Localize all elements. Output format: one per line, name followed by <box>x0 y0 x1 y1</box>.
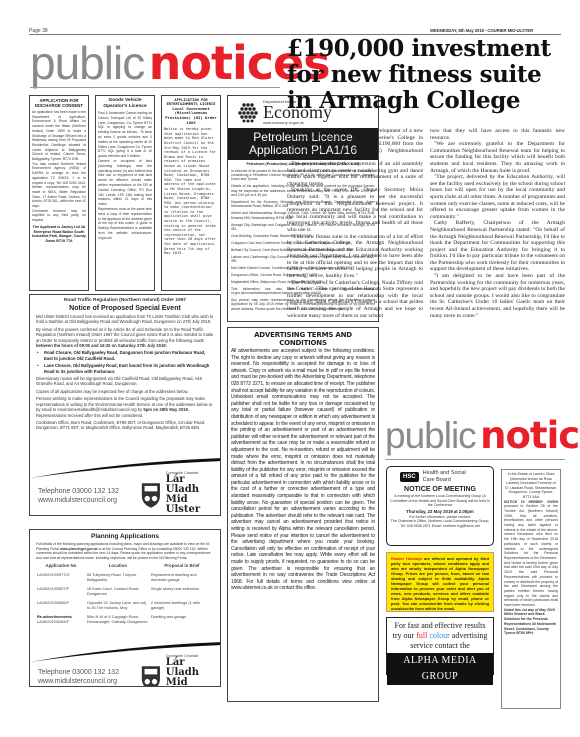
notice-body-2: You may contact Northern Ireland Environ… <box>32 162 86 209</box>
planning-intro: Full details of the following planning a… <box>36 542 214 561</box>
masthead-rule <box>30 87 280 88</box>
publication-date: WEDNESDAY, 8th May 2019 - COURIER MID-UL… <box>430 28 533 33</box>
para-2: By virtue of the powers conferred on it … <box>36 327 214 349</box>
meeting-date: Thursday, 23 May 2019 at 2.00pm <box>390 509 490 514</box>
masthead-public: public <box>30 37 144 89</box>
notice-body: Notice is hereby given that application … <box>164 127 218 246</box>
council-phone: Telephone 03000 132 132 <box>38 487 119 496</box>
economy-dots-icon <box>237 101 259 123</box>
para-1: Mid Ulster District Council has received… <box>36 314 214 325</box>
article-column-2: now that they will have access to this f… <box>430 128 565 319</box>
hsc-meeting-notice: HSC Health and Social Care Board NOTICE … <box>386 466 494 546</box>
notice-subtitle: Operator's Licence <box>98 104 152 110</box>
notice-body-3: Representors must at the same time send … <box>98 207 152 241</box>
hsc-logo: HSC Health and Social Care Board <box>390 470 490 483</box>
addresses: Cookstown Office, Burn Road, Cookstown, … <box>36 420 214 431</box>
mid-ulster-logo: Comhairle Ceantair Lár Uladh Mid Ulster … <box>140 654 220 687</box>
council-contact: Telephone 03000 132 132 www.midulstercou… <box>38 487 119 505</box>
road-traffic-notice: Road Traffic Regulation (Northern Irelan… <box>29 294 221 516</box>
mid-ulster-logo: Comhairle Ceantair Lár Uladh Mid Ulster … <box>140 471 220 516</box>
article-headline: £190,000 investment for new fitness suit… <box>287 36 572 114</box>
table-row: LA09/2019/0507/F18 Earls Court, Carland … <box>36 584 214 598</box>
para-3: Diversionary routes will be signposted v… <box>36 376 214 387</box>
para-4: Copies of all applications may be inspec… <box>36 389 214 394</box>
council-web[interactable]: www.midulstercouncil.org <box>38 496 119 505</box>
planning-applications-notice: Planning Applications Full details of th… <box>29 529 221 687</box>
council-crest-icon <box>140 663 162 687</box>
article-column-1: WORK has recently finished on the develo… <box>287 128 423 319</box>
closure-list: •Road Closure, Old Ballygawley Road, Dun… <box>36 350 214 374</box>
applicant-address: The Applicant is Jackcy Ltd 4A Enterpris… <box>32 225 86 244</box>
goods-vehicle-notice: Goods Vehicle Operator's Licence Paul & … <box>95 95 155 291</box>
notice-subtitle: Notice of Proposed Special Event <box>36 305 214 312</box>
para-5: Persons wishing to make representations … <box>36 396 214 418</box>
table-row: Re-advertisementsLA09/2019/0064/F50m N W… <box>36 612 214 626</box>
closure-item: •Road Closure, Old Ballygawley Road, Dun… <box>36 350 214 361</box>
estate-notice: In the Estate of Laveen Sloss (otherwise… <box>501 469 561 709</box>
notice-body: Paul & Annemarie Carson trading as Carso… <box>98 111 152 159</box>
alpha-media-ad: For fast and effective results try our f… <box>386 617 494 675</box>
table-row: LA09/2019/0577/O55 Tullywinny Road, Tull… <box>36 570 214 584</box>
notice-body: An application has been made to the Depa… <box>32 110 86 162</box>
council-contact: Telephone 03000 132 132 www.midulstercou… <box>38 668 119 686</box>
table-row: LA09/2019/0565/FOpposite 22 Jockey Lane,… <box>36 598 214 612</box>
discharge-consent-notice: APPLICATION FOR DISCHARGE CONSENT An app… <box>29 95 89 291</box>
planning-table: Application No Location Proposal in Brie… <box>36 561 214 626</box>
notice-dated: Dated this 7th day of May 2019. <box>164 247 218 256</box>
meeting-title: NOTICE OF MEETING <box>390 486 490 493</box>
hsc-logo-icon: HSC <box>400 472 419 482</box>
terms-body: All advertisements are accepted subject … <box>231 348 375 592</box>
terms-title: ADVERTISING TERMS AND CONDITIONS <box>231 331 375 347</box>
notice-body-3: Comments received may be supplied to any… <box>32 209 86 223</box>
notice-title: Road Traffic Regulation (Northern Irelan… <box>36 298 214 303</box>
alpha-media-bar: ALPHA MEDIA GROUP <box>387 653 493 685</box>
notice-title: APPLICATION FOR DISCHARGE CONSENT <box>32 98 86 108</box>
entertainments-licence-notice: APPLICATION FOR ENTERTAINMENTS LICENCE L… <box>161 95 221 291</box>
council-crest-icon <box>140 480 162 510</box>
reader-holidays-notice: Reader Holidays are offered and operated… <box>386 552 494 612</box>
notice-title: Planning Applications <box>36 533 214 540</box>
notice-body-2: Owners or occupiers of land (including b… <box>98 159 152 207</box>
advertising-terms: ADVERTISING TERMS AND CONDITIONS All adv… <box>227 327 379 702</box>
public-notices-masthead: public notices <box>30 38 330 88</box>
notice-subtitle: Local Government (Miscellaneous Provisio… <box>164 107 218 125</box>
masthead-rule-2 <box>385 459 565 460</box>
public-notices-masthead-2: public notices <box>385 416 580 456</box>
closure-item: •Lane Closure, Old Ballygawley Road, Eas… <box>36 363 214 374</box>
